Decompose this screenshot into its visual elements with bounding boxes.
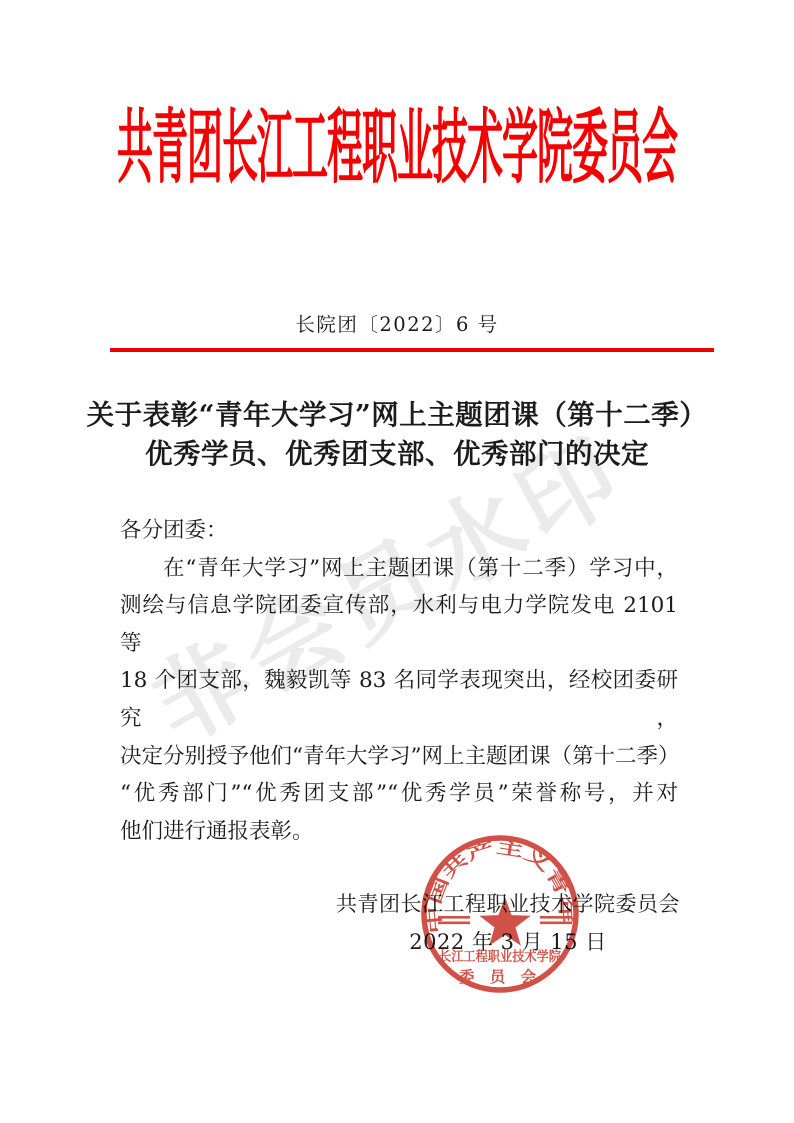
- doc-number: 长院团〔2022〕6 号: [0, 309, 794, 337]
- document-title-line1: 关于表彰“青年大学习”网上主题团课（第十二季）: [0, 396, 794, 435]
- salutation: 各分团委：: [120, 512, 678, 550]
- body-line: 决定分别授予他们“青年大学习”网上主题团课（第十二季）: [120, 738, 678, 776]
- body-line: 测绘与信息学院团委宣传部，水利与电力学院发电 2101 等: [120, 587, 678, 662]
- body-line: 在“青年大学习”网上主题团课（第十二季）学习中，: [120, 550, 678, 588]
- body-line: 18 个团支部，魏毅凯等 83 名同学表现突出，经校团委研究，: [120, 662, 678, 737]
- seal-committee-line: 委 员 会: [459, 967, 541, 986]
- document-page: 非会员水印 共青团长江工程职业技术学院委员会 长院团〔2022〕6 号 关于表彰…: [0, 0, 794, 1123]
- seal-star: [479, 897, 530, 946]
- body-line: “优秀部门”“优秀团支部”“优秀学员”荣誉称号，并对: [120, 775, 678, 813]
- document-title: 关于表彰“青年大学习”网上主题团课（第十二季） 优秀学员、优秀团支部、优秀部门的…: [0, 396, 794, 473]
- seal-org-line: 长江工程职业技术学院: [439, 948, 561, 965]
- header-org-title: 共青团长江工程职业技术学院委员会: [0, 108, 794, 189]
- body-line: 他们进行通报表彰。: [120, 813, 678, 851]
- official-seal: 中国共产主义青年团 长江工程职业技术学院 委 员 会: [410, 824, 590, 1004]
- header-divider-line: [110, 348, 714, 352]
- document-body: 各分团委： 在“青年大学习”网上主题团课（第十二季）学习中， 测绘与信息学院团委…: [120, 512, 678, 850]
- document-title-line2: 优秀学员、优秀团支部、优秀部门的决定: [0, 435, 794, 474]
